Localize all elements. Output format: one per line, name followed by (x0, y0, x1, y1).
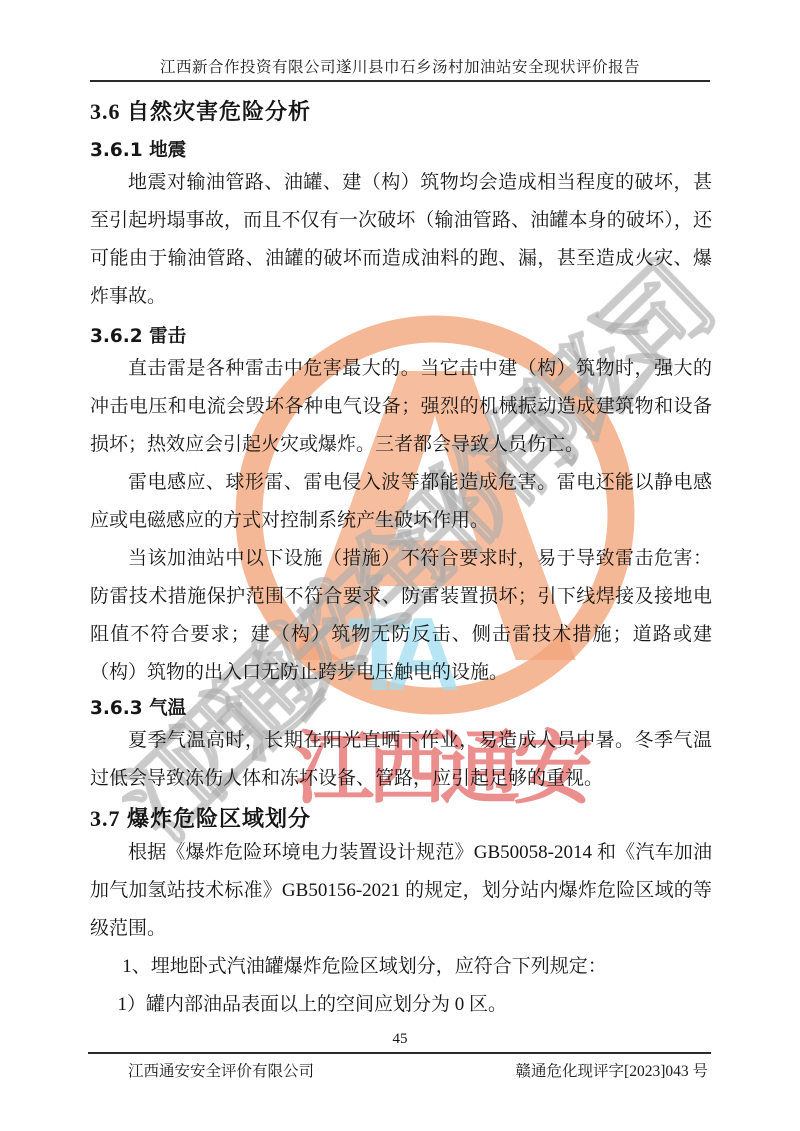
subsection-heading-3-6-2: 3.6.2 雷击 (90, 324, 712, 350)
paragraph-lightning-1: 直击雷是各种雷击中危害最大的。当它击中建（构）筑物时，强大的冲击电压和电流会毁坏… (90, 350, 712, 464)
paragraph-explosion-zone: 根据《爆炸危险环境电力装置设计规范》GB50058-2014 和《汽车加油加气加… (90, 834, 712, 948)
paragraph-lightning-3: 当该加油站中以下设施（措施）不符合要求时，易于导致雷击危害：防雷技术措施保护范围… (90, 540, 712, 692)
document-page: A TA 江西通安安全评价有限公司 江西通安 江西新合作投资有限公司遂川县巾石乡… (0, 0, 800, 1131)
list-item-1-1: 1）罐内部油品表面以上的空间应划分为 0 区。 (90, 986, 712, 1024)
footer-doc-number: 赣通危化现评字[2023]043 号 (516, 1059, 708, 1081)
section-heading-3-7: 3.7 爆炸危险区域划分 (90, 804, 712, 834)
paragraph-temperature: 夏季气温高时，长期在阳光直晒下作业，易造成人员中暑。冬季气温过低会导致冻伤人体和… (90, 722, 712, 798)
document-body: 3.6 自然灾害危险分析 3.6.1 地震 地震对输油管路、油罐、建（构）筑物均… (90, 90, 712, 1024)
report-header-title: 江西新合作投资有限公司遂川县巾石乡汤村加油站安全现状评价报告 (0, 55, 800, 77)
content-layer: 江西新合作投资有限公司遂川县巾石乡汤村加油站安全现状评价报告 3.6 自然灾害危… (0, 0, 800, 1131)
section-heading-3-6: 3.6 自然灾害危险分析 (90, 98, 712, 126)
footer-row: 江西通安安全评价有限公司 赣通危化现评字[2023]043 号 (128, 1059, 708, 1081)
page-number: 45 (0, 1031, 800, 1048)
subsection-heading-3-6-3: 3.6.3 气温 (90, 696, 712, 722)
subsection-heading-3-6-1: 3.6.1 地震 (90, 138, 712, 164)
footer-rule (88, 1052, 711, 1054)
footer-company: 江西通安安全评价有限公司 (128, 1059, 314, 1081)
header-rule (90, 80, 710, 82)
list-item-1: 1、埋地卧式汽油罐爆炸危险区域划分，应符合下列规定： (90, 948, 712, 986)
paragraph-lightning-2: 雷电感应、球形雷、雷电侵入波等都能造成危害。雷电还能以静电感应或电磁感应的方式对… (90, 464, 712, 540)
paragraph-earthquake: 地震对输油管路、油罐、建（构）筑物均会造成相当程度的破坏，甚至引起坍塌事故，而且… (90, 164, 712, 316)
